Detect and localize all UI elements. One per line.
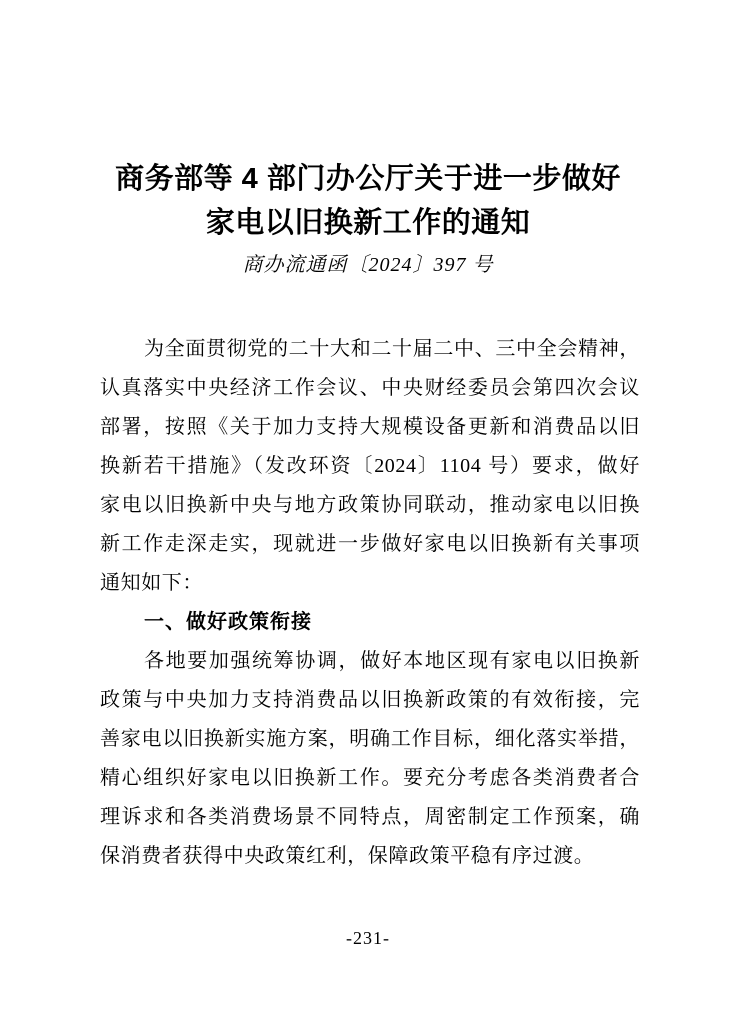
document-number: 商办流通函〔2024〕397 号 <box>0 250 736 280</box>
paragraph1-line-4: 换新若干措施》（发改环资〔2024〕1104 号）要求，做好 <box>100 447 640 486</box>
paragraph1-line-2: 认真落实中央经济工作会议、中央财经委员会第四次会议 <box>100 369 640 408</box>
paragraph1-line-6: 新工作走深走实，现就进一步做好家电以旧换新有关事项 <box>100 525 640 564</box>
document-page: 商务部等 4 部门办公厅关于进一步做好 家电以旧换新工作的通知 商办流通函〔20… <box>0 0 736 1009</box>
paragraph1-line-1: 为全面贯彻党的二十大和二十届二中、三中全会精神， <box>100 330 640 369</box>
title-line-1: 商务部等 4 部门办公厅关于进一步做好 <box>0 157 736 201</box>
paragraph2-line-1: 各地要加强统筹协调，做好本地区现有家电以旧换新 <box>100 642 640 681</box>
paragraph2-line-5: 理诉求和各类消费场景不同特点，周密制定工作预案，确 <box>100 798 640 837</box>
paragraph1-line-3: 部署，按照《关于加力支持大规模设备更新和消费品以旧 <box>100 408 640 447</box>
document-body: 为全面贯彻党的二十大和二十届二中、三中全会精神， 认真落实中央经济工作会议、中央… <box>100 330 640 876</box>
paragraph2-line-3: 善家电以旧换新实施方案，明确工作目标，细化落实举措， <box>100 720 640 759</box>
title-line-2: 家电以旧换新工作的通知 <box>0 201 736 245</box>
paragraph1-line-7: 通知如下： <box>100 564 640 603</box>
document-title: 商务部等 4 部门办公厅关于进一步做好 家电以旧换新工作的通知 <box>0 157 736 245</box>
paragraph2-line-6: 保消费者获得中央政策红利，保障政策平稳有序过渡。 <box>100 837 640 876</box>
paragraph2-line-4: 精心组织好家电以旧换新工作。要充分考虑各类消费者合 <box>100 759 640 798</box>
section-1-heading: 一、做好政策衔接 <box>100 603 640 642</box>
page-number: -231- <box>0 926 736 950</box>
paragraph1-line-5: 家电以旧换新中央与地方政策协同联动，推动家电以旧换 <box>100 486 640 525</box>
paragraph2-line-2: 政策与中央加力支持消费品以旧换新政策的有效衔接，完 <box>100 681 640 720</box>
